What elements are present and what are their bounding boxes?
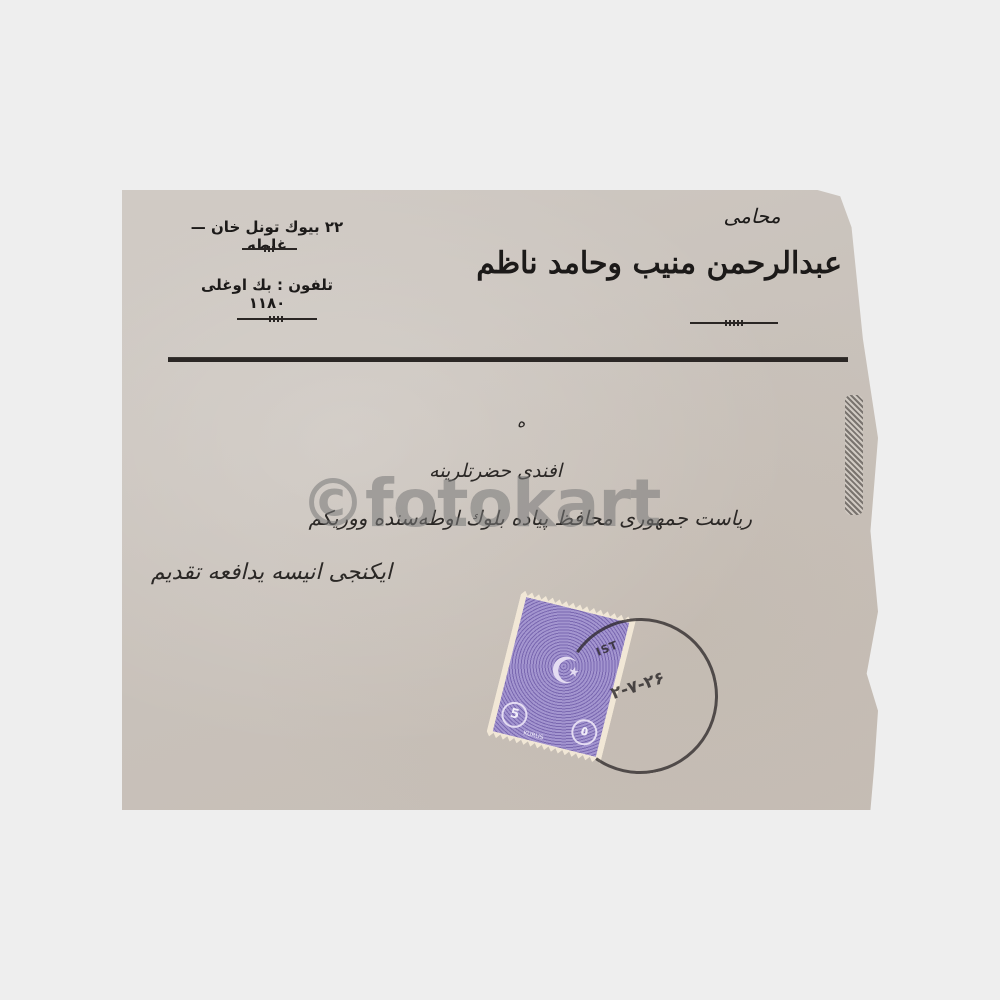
letterhead-phone: تلفون : بك اوغلی ۱۱۸۰ xyxy=(182,276,352,312)
letterhead-rule xyxy=(168,357,848,362)
stamp-value-latin: 5 xyxy=(499,699,531,731)
handwritten-line-4: ایکنجی انیسه یدافعه تقدیم xyxy=(152,560,392,585)
flourish-divider xyxy=(237,318,317,320)
handwritten-line-1: ه xyxy=(517,412,525,431)
flourish-divider xyxy=(690,322,778,324)
flourish-divider xyxy=(242,248,297,250)
stamp-denomination: KURUS xyxy=(522,730,544,742)
watermark: ©fotokart xyxy=(300,465,660,542)
letterhead-title: عبدالرحمن منیب وحامد ناظم xyxy=(572,246,842,281)
letterhead-title-small: محامی xyxy=(692,204,812,228)
torn-edge xyxy=(845,395,863,515)
